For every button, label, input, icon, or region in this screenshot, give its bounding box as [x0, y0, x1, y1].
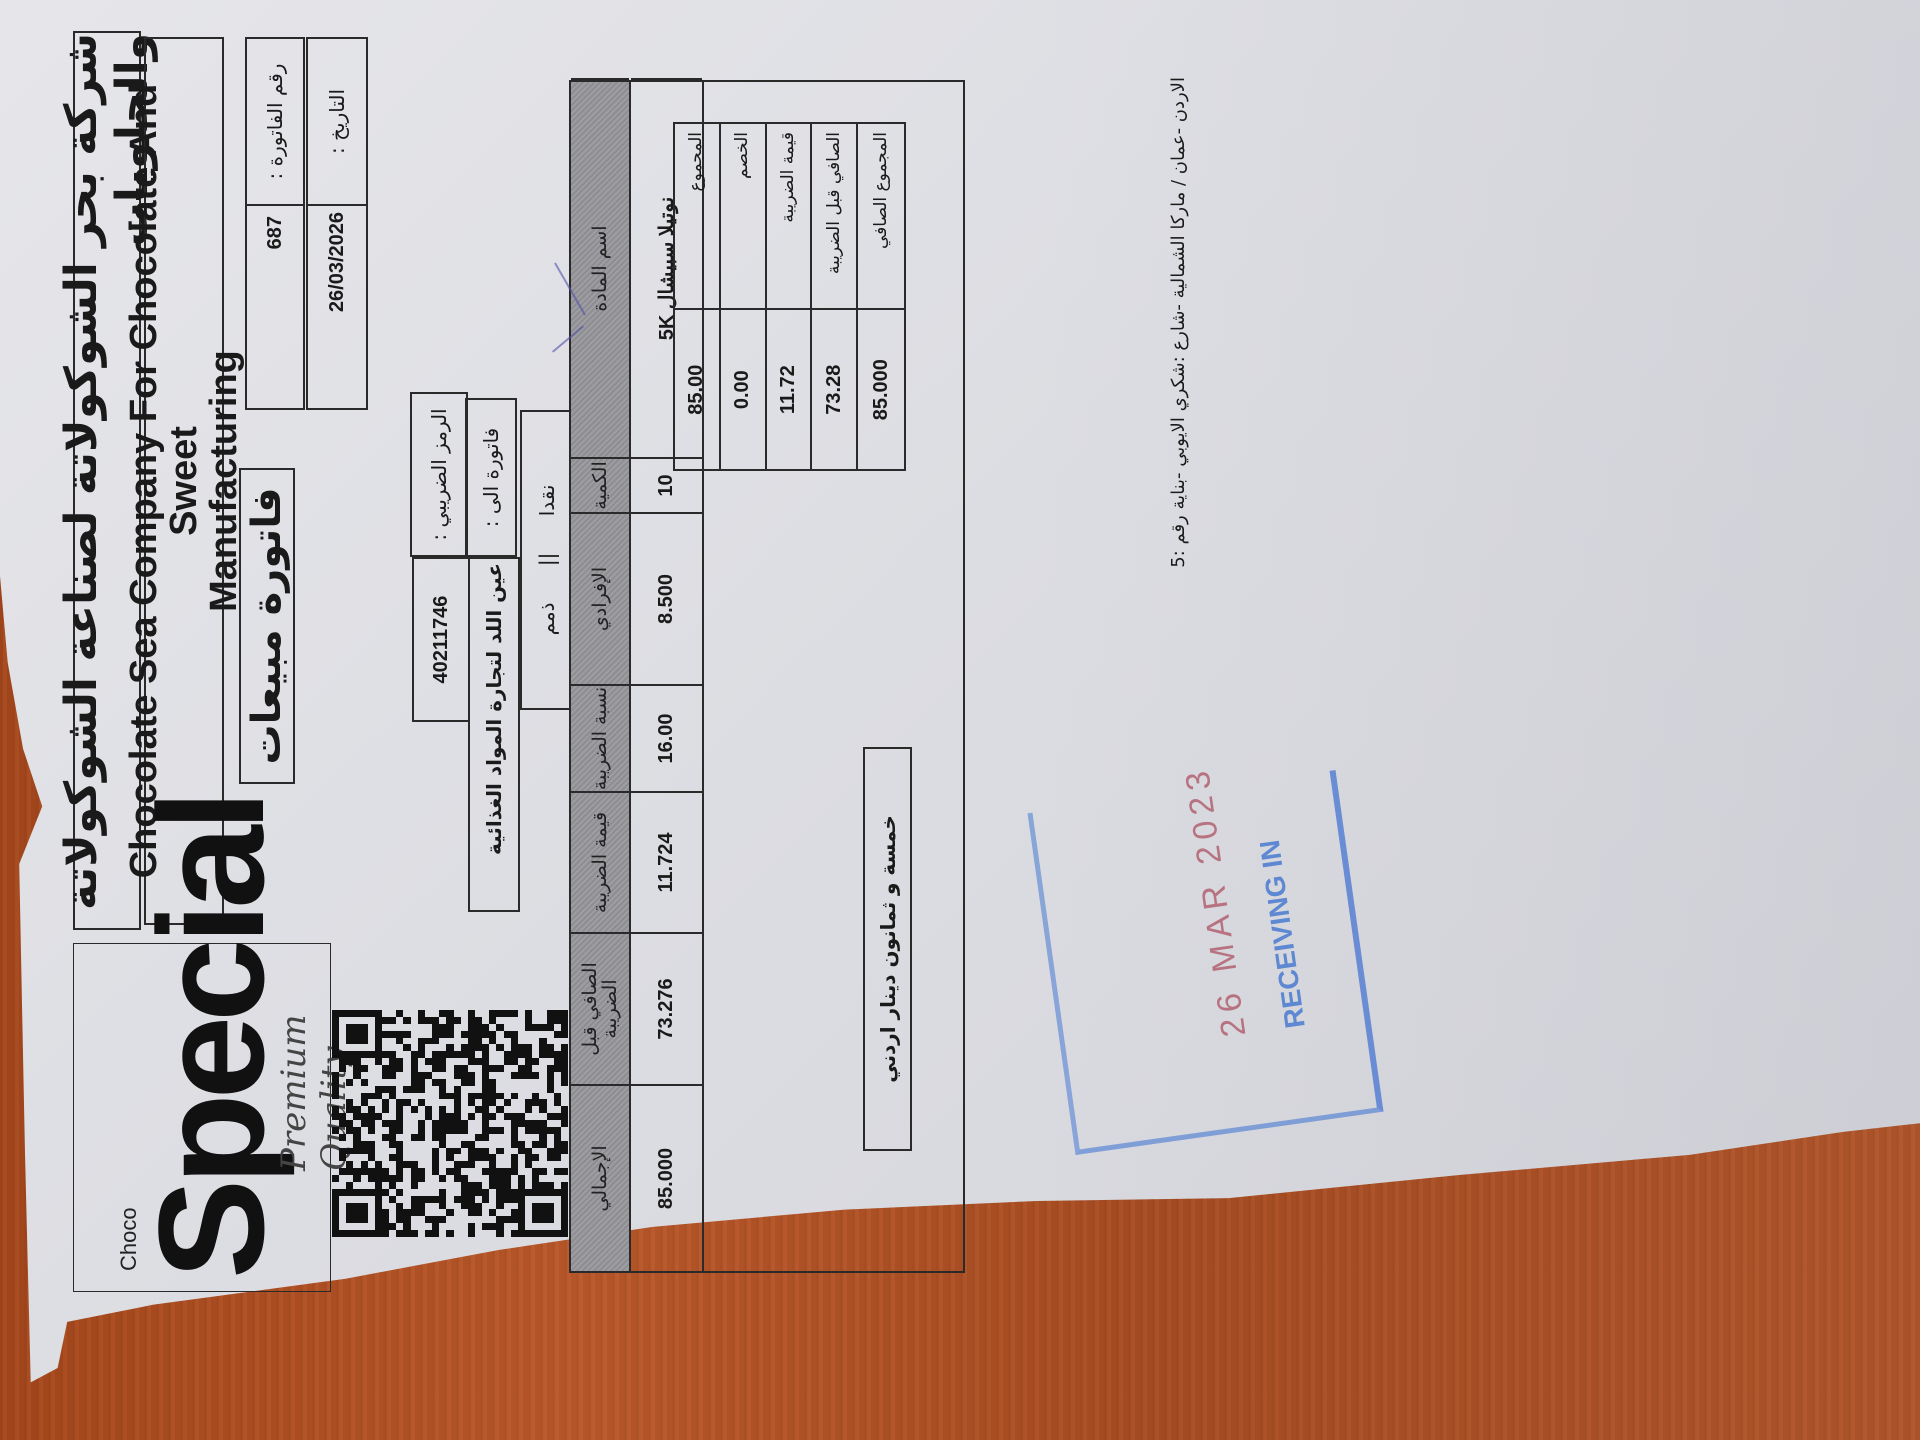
- totals-value: 85.000: [858, 310, 904, 469]
- qr-code: [332, 1010, 568, 1237]
- totals-label: المجموع الصافي: [858, 124, 904, 310]
- company-name-english-line2: Manufacturing: [204, 350, 244, 612]
- totals-label: الصافي قبل الضريبة: [812, 124, 856, 310]
- cell-unit-price: 8.500: [631, 512, 702, 684]
- totals-row: الصافي قبل الضريبة73.28: [812, 124, 858, 469]
- date-value: 26/03/2026: [308, 202, 366, 408]
- bill-to-label: فاتورة الى :: [465, 398, 517, 557]
- totals-label: الخصم: [721, 124, 765, 310]
- header-tax-rate: نسبة الضريبة: [571, 684, 629, 791]
- logo-special-text: Special: [136, 796, 286, 1279]
- tax-id-value: 40211746: [412, 557, 470, 722]
- brand-logo: Choco Special Premium Quality: [73, 943, 331, 1292]
- totals-row: الخصم0.00: [721, 124, 767, 469]
- invoice-number-label: رقم الفاتورة :: [247, 39, 303, 206]
- company-name-english-line1: Chocolate Sea Company For Chocolate And …: [124, 39, 204, 923]
- invoice-number-field: رقم الفاتورة : 687: [245, 37, 305, 410]
- bill-to-value: عين اللد لتجارة المواد الغذائية: [468, 557, 520, 912]
- cell-tax-rate: 16.00: [631, 684, 702, 791]
- totals-row: المجموع الصافي85.000: [858, 124, 904, 469]
- header-net-before-tax: الصافي قبل الضريبة: [571, 932, 629, 1084]
- stamp-label: RECEIVING IN: [1254, 838, 1312, 1030]
- header-unit-price: الإفرادي: [571, 512, 629, 684]
- amount-in-words: خمسة و ثمانون دينار اردني: [863, 747, 912, 1151]
- totals-value: 0.00: [721, 310, 765, 469]
- stamp-date: 26 MAR 2023: [1178, 763, 1255, 1040]
- cell-tax-value: 11.724: [631, 791, 702, 932]
- header-item-name: اسم المادة: [571, 78, 629, 457]
- cell-total: 85.000: [631, 1084, 702, 1271]
- totals-label: قيمة الضريبة: [767, 124, 811, 310]
- totals-row: المجموع85.00: [675, 124, 721, 469]
- items-table-header: اسم المادة الكمية الإفرادي نسبة الضريبة …: [569, 80, 631, 1273]
- document-title: فاتورة مبيعات: [239, 468, 295, 784]
- totals-row: قيمة الضريبة11.72: [767, 124, 813, 469]
- receiving-stamp: 26 MAR 2023 RECEIVING IN: [1028, 770, 1384, 1155]
- company-address: الاردن -عمان / ماركا الشمالية -شارع :شكر…: [1163, 77, 1193, 637]
- header-total: الإجمالي: [571, 1084, 629, 1271]
- totals-value: 73.28: [812, 310, 856, 469]
- invoice-number-value: 687: [247, 202, 303, 408]
- totals-value: 85.00: [675, 310, 719, 469]
- header-quantity: الكمية: [571, 457, 629, 512]
- document-title-text: فاتورة مبيعات: [244, 487, 290, 764]
- totals-label: المجموع: [675, 124, 719, 310]
- header-tax-value: قيمة الضريبة: [571, 791, 629, 932]
- cell-net-before-tax: 73.276: [631, 932, 702, 1084]
- company-name-english: Chocolate Sea Company For Chocolate And …: [144, 37, 224, 925]
- totals-value: 11.72: [767, 310, 811, 469]
- tax-id-label: الرمز الضريبي :: [410, 392, 468, 557]
- date-label: التاريخ :: [308, 39, 366, 206]
- totals-rows: المجموع85.00الخصم0.00قيمة الضريبة11.72ال…: [675, 124, 904, 469]
- date-field: التاريخ : 26/03/2026: [306, 37, 368, 410]
- payment-method: نقدا || ذمم: [520, 410, 574, 710]
- invoice-page: شركة بحر الشوكولاتة لصناعة الشوكولاتة وا…: [20, 0, 1920, 1300]
- totals-box: المجموع85.00الخصم0.00قيمة الضريبة11.72ال…: [673, 122, 906, 471]
